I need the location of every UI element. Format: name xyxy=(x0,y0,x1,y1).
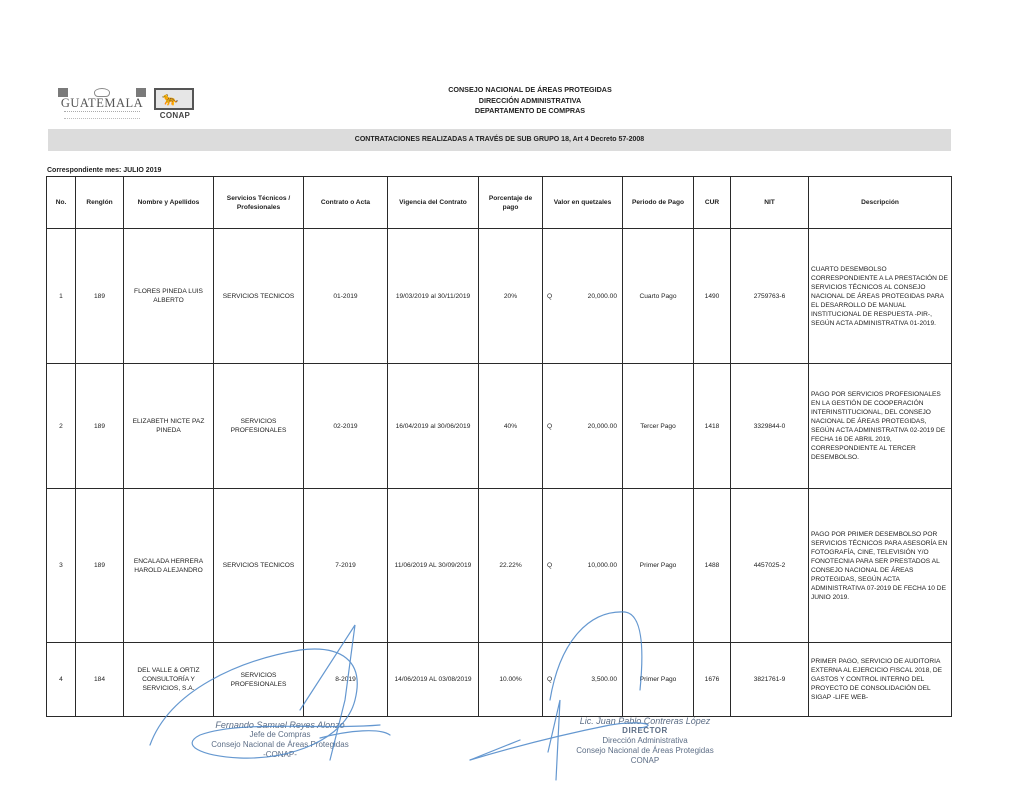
cell-vigencia: 11/06/2019 AL 30/09/2019 xyxy=(388,489,479,643)
cell-renglon: 189 xyxy=(76,229,124,364)
currency-symbol: Q xyxy=(547,422,552,431)
organization-header: CONSEJO NACIONAL DE ÁREAS PROTEGIDAS DIR… xyxy=(380,85,680,117)
cell-contrato: 8-2019 xyxy=(304,643,388,717)
report-month: Correspondiente mes: JULIO 2019 xyxy=(47,167,161,174)
signature-stamp-purchasing: Fernando Samuel Reyes Alonzo Jefe de Com… xyxy=(185,720,375,760)
cell-renglon: 184 xyxy=(76,643,124,717)
col-header-vigencia: Vigencia del Contrato xyxy=(388,177,479,229)
currency-symbol: Q xyxy=(547,675,552,684)
cell-periodo: Cuarto Pago xyxy=(623,229,694,364)
cell-cur: 1418 xyxy=(694,364,731,489)
cell-no: 2 xyxy=(47,364,76,489)
cell-porcentaje: 22.22% xyxy=(479,489,543,643)
col-header-renglon: Renglón xyxy=(76,177,124,229)
report-title-banner: CONTRATACIONES REALIZADAS A TRAVÉS DE SU… xyxy=(48,129,951,151)
col-header-periodo: Periodo de Pago xyxy=(623,177,694,229)
org-line-department: DEPARTAMENTO DE COMPRAS xyxy=(380,106,680,117)
cell-valor: Q3,500.00 xyxy=(543,643,623,717)
col-header-servicios: Servicios Técnicos / Profesionales xyxy=(214,177,304,229)
cell-periodo: Primer Pago xyxy=(623,643,694,717)
cell-valor: Q10,000.00 xyxy=(543,489,623,643)
signer-name: Lic. Juan Pablo Contreras López xyxy=(540,716,750,726)
cell-nombre: ELIZABETH NICTE PAZ PINEDA xyxy=(124,364,214,489)
signer-name: Fernando Samuel Reyes Alonzo xyxy=(185,720,375,730)
cell-cur: 1676 xyxy=(694,643,731,717)
amount: 3,500.00 xyxy=(591,675,617,684)
col-header-cur: CUR xyxy=(694,177,731,229)
jaguar-icon: 🐆 xyxy=(162,92,178,106)
cell-no: 4 xyxy=(47,643,76,717)
cell-nombre: DEL VALLE & ORTIZ CONSULTORÍA Y SERVICIO… xyxy=(124,643,214,717)
report-title: CONTRATACIONES REALIZADAS A TRAVÉS DE SU… xyxy=(48,129,951,151)
table-row: 2 189 ELIZABETH NICTE PAZ PINEDA SERVICI… xyxy=(47,364,952,489)
cell-nombre: FLORES PINEDA LUIS ALBERTO xyxy=(124,229,214,364)
guatemala-wordmark: GUATEMALA xyxy=(58,96,146,111)
col-header-nit: NIT xyxy=(731,177,809,229)
cell-servicios: SERVICIOS PROFESIONALES xyxy=(214,364,304,489)
cell-vigencia: 19/03/2019 al 30/11/2019 xyxy=(388,229,479,364)
cell-nit: 3329844-0 xyxy=(731,364,809,489)
cell-servicios: SERVICIOS PROFESIONALES xyxy=(214,643,304,717)
signer-title: DIRECTOR xyxy=(540,726,750,736)
cell-nit: 4457025-2 xyxy=(731,489,809,643)
conap-logo: 🐆 CONAP xyxy=(154,88,196,122)
cell-valor: Q20,000.00 xyxy=(543,229,623,364)
cell-servicios: SERVICIOS TECNICOS xyxy=(214,489,304,643)
cell-servicios: SERVICIOS TECNICOS xyxy=(214,229,304,364)
cell-porcentaje: 20% xyxy=(479,229,543,364)
table-row: 3 189 ENCALADA HERRERA HAROLD ALEJANDRO … xyxy=(47,489,952,643)
table-row: 1 189 FLORES PINEDA LUIS ALBERTO SERVICI… xyxy=(47,229,952,364)
cell-nombre: ENCALADA HERRERA HAROLD ALEJANDRO xyxy=(124,489,214,643)
cell-nit: 3821761-9 xyxy=(731,643,809,717)
col-header-contrato: Contrato o Acta xyxy=(304,177,388,229)
cell-descripcion: PAGO POR SERVICIOS PROFESIONALES EN LA G… xyxy=(809,364,952,489)
cell-renglon: 189 xyxy=(76,489,124,643)
cell-porcentaje: 10.00% xyxy=(479,643,543,717)
col-header-valor: Valor en quetzales xyxy=(543,177,623,229)
contracts-table: No. Renglón Nombre y Apellidos Servicios… xyxy=(46,176,952,717)
amount: 10,000.00 xyxy=(588,561,617,570)
cell-contrato: 7-2019 xyxy=(304,489,388,643)
cell-descripcion: CUARTO DESEMBOLSO CORRESPONDIENTE A LA P… xyxy=(809,229,952,364)
org-line-council: CONSEJO NACIONAL DE ÁREAS PROTEGIDAS xyxy=(380,85,680,96)
signer-org: Consejo Nacional de Áreas Protegidas xyxy=(540,746,750,756)
cell-periodo: Primer Pago xyxy=(623,489,694,643)
signature-stamp-director: Lic. Juan Pablo Contreras López DIRECTOR… xyxy=(540,716,750,766)
signer-dept: Dirección Administrativa xyxy=(540,736,750,746)
cell-cur: 1490 xyxy=(694,229,731,364)
cell-descripcion: PRIMER PAGO, SERVICIO DE AUDITORIA EXTER… xyxy=(809,643,952,717)
amount: 20,000.00 xyxy=(588,422,617,431)
col-header-no: No. xyxy=(47,177,76,229)
org-line-direction: DIRECCIÓN ADMINISTRATIVA xyxy=(380,96,680,107)
guatemala-logo: GUATEMALA xyxy=(58,86,146,122)
cell-no: 1 xyxy=(47,229,76,364)
table-row: 4 184 DEL VALLE & ORTIZ CONSULTORÍA Y SE… xyxy=(47,643,952,717)
cell-contrato: 01-2019 xyxy=(304,229,388,364)
col-header-nombre: Nombre y Apellidos xyxy=(124,177,214,229)
cell-periodo: Tercer Pago xyxy=(623,364,694,489)
currency-symbol: Q xyxy=(547,561,552,570)
header-logos: GUATEMALA 🐆 CONAP xyxy=(58,86,208,122)
col-header-descripcion: Descripción xyxy=(809,177,952,229)
cell-descripcion: PAGO POR PRIMER DESEMBOLSO POR SERVICIOS… xyxy=(809,489,952,643)
currency-symbol: Q xyxy=(547,292,552,301)
signer-acronym: -CONAP- xyxy=(185,750,375,760)
col-header-porcentaje: Porcentaje de pago xyxy=(479,177,543,229)
cell-renglon: 189 xyxy=(76,364,124,489)
cell-vigencia: 14/06/2019 AL 03/08/2019 xyxy=(388,643,479,717)
cell-cur: 1488 xyxy=(694,489,731,643)
cell-no: 3 xyxy=(47,489,76,643)
signer-title: Jefe de Compras xyxy=(185,730,375,740)
signer-acronym: CONAP xyxy=(540,756,750,766)
cell-vigencia: 16/04/2019 al 30/06/2019 xyxy=(388,364,479,489)
table-header-row: No. Renglón Nombre y Apellidos Servicios… xyxy=(47,177,952,229)
cell-valor: Q20,000.00 xyxy=(543,364,623,489)
conap-wordmark: CONAP xyxy=(154,111,196,120)
amount: 20,000.00 xyxy=(588,292,617,301)
cell-nit: 2759763-6 xyxy=(731,229,809,364)
cell-porcentaje: 40% xyxy=(479,364,543,489)
signer-org: Consejo Nacional de Áreas Protegidas xyxy=(185,740,375,750)
cell-contrato: 02-2019 xyxy=(304,364,388,489)
